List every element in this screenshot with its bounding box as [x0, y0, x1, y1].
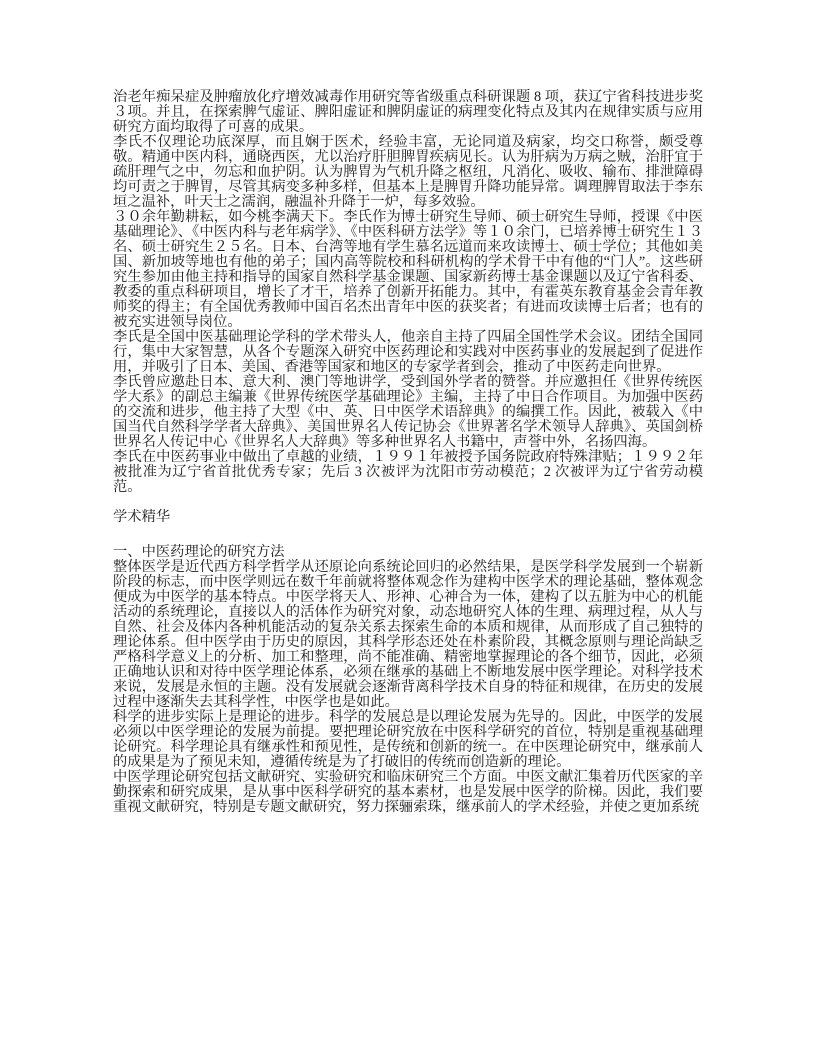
bio-paragraph-honors: 李氏在中医药事业中做出了卓越的业绩，１９９１年被授予国务院政府特殊津贴；１９９２…: [113, 450, 703, 495]
bio-paragraph-international: 李氏曾应邀赴日本、意大利、澳门等地讲学，受到国外学者的赞誉。并应邀担任《世界传统…: [113, 375, 703, 450]
body-paragraph-holistic-medicine: 整体医学是近代西方科学哲学从还原论向系统论回归的必然结果，是医学科学发展到一个崭…: [113, 560, 703, 710]
subsection-heading: 一、中医药理论的研究方法: [113, 545, 703, 560]
document-page: 治老年痴呆症及肿瘤放化疗增效减毒作用研究等省级重点科研课题 8 项，获辽宁省科技…: [0, 0, 816, 1056]
bio-paragraph-research-awards: 治老年痴呆症及肿瘤放化疗增效减毒作用研究等省级重点科研课题 8 项，获辽宁省科技…: [113, 90, 703, 135]
body-paragraph-research-methods: 中医学理论研究包括文献研究、实验研究和临床研究三个方面。中医文献汇集着历代医家的…: [113, 770, 703, 815]
bio-paragraph-clinical-skill: 李氏不仅理论功底深厚，而且娴于医术，经验丰富，无论同道及病家，均交口称誉，颇受尊…: [113, 135, 703, 210]
bio-paragraph-academic-leadership: 李氏是全国中医基础理论学科的学术带头人，他亲自主持了四届全国性学术会议。团结全国…: [113, 330, 703, 375]
bio-paragraph-teaching: ３０余年勤耕耘，如今桃李满天下。李氏作为博士研究生导师、硕士研究生导师，授课《中…: [113, 210, 703, 330]
body-paragraph-theory-progress: 科学的进步实际上是理论的进步。科学的发展总是以理论发展为先导的。因此，中医学的发…: [113, 710, 703, 770]
section-heading: 学术精华: [113, 510, 703, 525]
